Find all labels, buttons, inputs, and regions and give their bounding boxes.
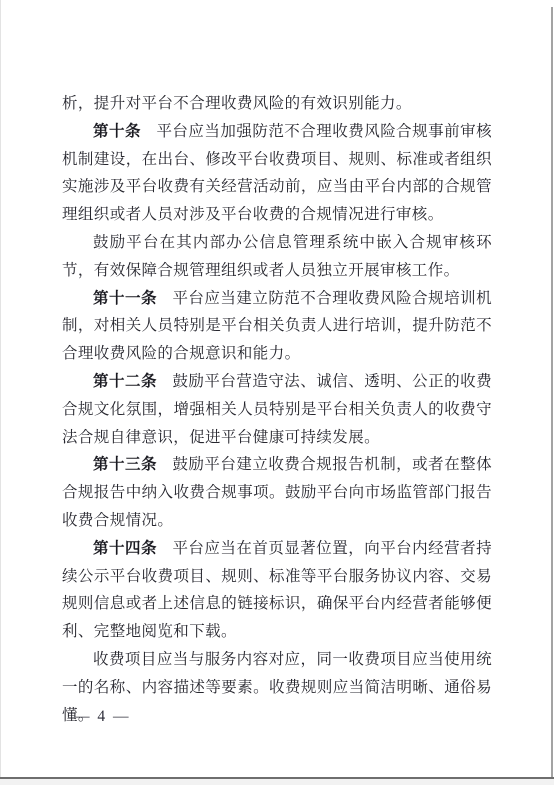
paragraph-text: 析，提升对平台不合理收费风险的有效识别能力。 (62, 95, 412, 112)
article-number: 第十一条 (93, 290, 157, 307)
article-paragraph: 第十三条鼓励平台建立收费合规报告机制，或者在整体合规报告中纳入收费合规事项。鼓励… (62, 451, 492, 534)
article-number: 第十三条 (93, 456, 157, 473)
document-page: 析，提升对平台不合理收费风险的有效识别能力。 第十条平台应当加强防范不合理收费风… (0, 0, 554, 785)
page-edge-right (551, 7, 553, 781)
page-edge-bottom (0, 777, 554, 779)
page-edge-left (0, 0, 1, 785)
body-paragraph: 鼓励平台在其内部办公信息管理系统中嵌入合规审核环节，有效保障合规管理组织或者人员… (62, 229, 492, 285)
article-number: 第十二条 (93, 373, 157, 390)
document-body: 析，提升对平台不合理收费风险的有效识别能力。 第十条平台应当加强防范不合理收费风… (62, 90, 492, 729)
paragraph-continuation: 析，提升对平台不合理收费风险的有效识别能力。 (62, 90, 492, 118)
article-paragraph: 第十条平台应当加强防范不合理收费风险合规事前审核机制建设，在出台、修改平台收费项… (62, 118, 492, 229)
page-edge-bottom-shadow (0, 779, 554, 785)
article-paragraph: 第十一条平台应当建立防范不合理收费风险合规培训机制，对相关人员特别是平台相关负责… (62, 285, 492, 368)
page-number: — 4 — (74, 708, 131, 726)
paragraph-text: 鼓励平台在其内部办公信息管理系统中嵌入合规审核环节，有效保障合规管理组织或者人员… (62, 234, 492, 279)
article-number: 第十条 (93, 123, 141, 140)
article-paragraph: 第十二条鼓励平台营造守法、诚信、透明、公正的收费合规文化氛围，增强相关人员特别是… (62, 368, 492, 451)
article-paragraph: 第十四条平台应当在首页显著位置，向平台内经营者持续公示平台收费项目、规则、标准等… (62, 535, 492, 646)
article-number: 第十四条 (93, 540, 157, 557)
